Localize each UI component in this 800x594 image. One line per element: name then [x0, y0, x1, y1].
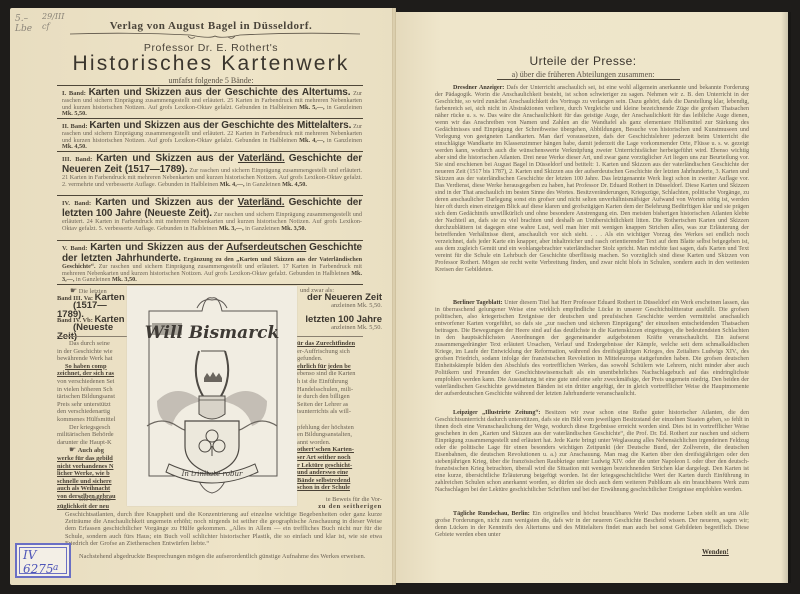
library-call-number-stamp: IV 6275 a — [15, 543, 71, 578]
svg-text:Will Bismarck: Will Bismarck — [145, 323, 280, 343]
divider — [57, 151, 363, 152]
divider — [57, 85, 363, 86]
variant-b-left: Band IV. Vb: Karten (Neueste Zeit) — [57, 316, 132, 341]
closing-paragraph: Geschichtsatlanten, durch ihre Knappheit… — [65, 511, 382, 547]
review-berliner-tageblatt: Berliner Tageblatt: Unter diesem Titel h… — [435, 300, 749, 398]
review-leipziger-illustrirte-zeitung: Leipziger „Illustrirte Zeitung“: Besitze… — [435, 410, 749, 494]
coat-of-arms-icon: Will Bismarck In trinitate robur — [127, 286, 297, 506]
variant-a-right: der Neueren Zeit anzleinen Mk. 5,50. — [300, 294, 382, 310]
page-edge-shadow — [781, 12, 791, 583]
bookplate-ex-libris: Will Bismarck In trinitate robur — [127, 286, 297, 506]
scanned-book-spread: 5.– Lbe 29/III cf Verlag von August Bage… — [0, 0, 800, 594]
left-column-fragments: Das durch seine in der Geschichte wie be… — [57, 340, 129, 500]
press-reviews-title: Urteile der Presse: — [424, 54, 742, 68]
band-4-entry: IV. Band: Karten und Skizzen aus der Vat… — [62, 197, 362, 232]
closing-right-fragment: te Beweis für die Vor- zu den seitherige… — [297, 496, 382, 511]
variant-b-right: letzten 100 Jahre anzleinen Mk. 5,50. — [300, 316, 382, 332]
header-ornament-icon — [70, 31, 360, 41]
pencil-note-price: 5.– Lbe — [15, 14, 32, 34]
review-taegliche-rundschau: Tägliche Rundschau, Berlin: Ein originel… — [435, 511, 749, 539]
closing-note: Nachstehend abgedruckte Besprechungen mö… — [75, 553, 382, 560]
divider — [57, 118, 363, 119]
book-spine-gutter — [392, 8, 396, 585]
band-2-entry: II. Band: Karten und Skizzen aus der Ges… — [62, 120, 362, 151]
turn-over-note: Wenden! — [702, 548, 729, 556]
closing-left-fragment: Die schnelle züglichkeit der neu — [57, 496, 129, 511]
svg-text:In trinitate robur: In trinitate robur — [181, 470, 243, 478]
band-1-entry: I. Band: Karten und Skizzen aus der Gesc… — [62, 87, 362, 118]
band-5-entry: V. Band: Karten und Skizzen aus der Aufs… — [62, 242, 362, 284]
review-dresdner-anzeiger: Dresdner Anzeiger: Dafs der Unterricht a… — [435, 85, 749, 274]
page-subtitle: umfafst folgende 5 Bände: — [56, 76, 366, 85]
right-column-fragments: ür das Zurechtfinden er-Auffrischung sic… — [297, 340, 382, 492]
band-3-entry: III. Band: Karten und Skizzen aus der Va… — [62, 153, 362, 188]
divider — [57, 284, 363, 285]
page-title: Historisches Kartenwerk — [56, 52, 366, 76]
divider — [497, 79, 680, 80]
divider — [57, 195, 363, 196]
press-reviews-subtitle: a) über die früheren Abteilungen zusamme… — [424, 70, 742, 79]
divider — [57, 240, 363, 241]
